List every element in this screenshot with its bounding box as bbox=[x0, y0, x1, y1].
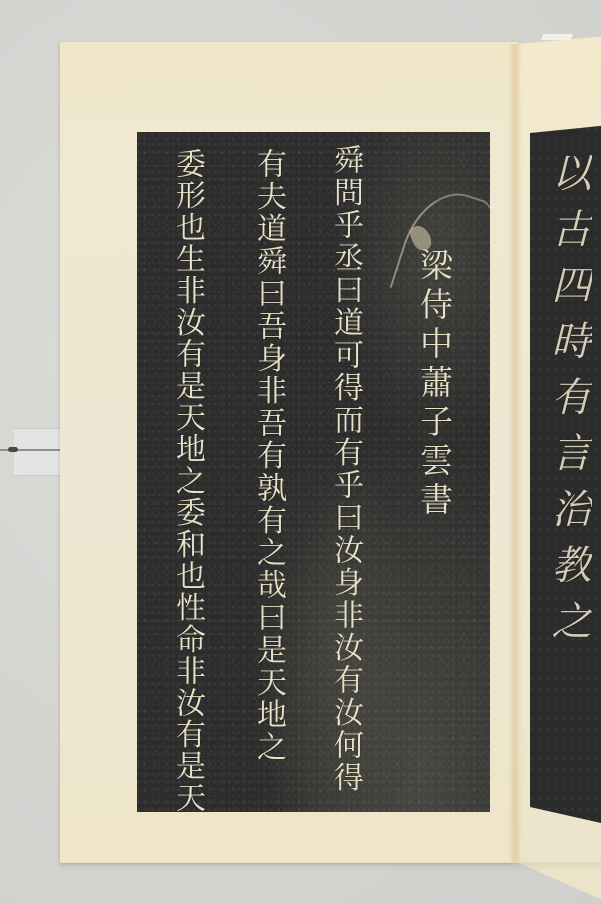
calligraphy-title-column: 梁侍中蕭子雲書 bbox=[418, 248, 451, 521]
tab-knot bbox=[8, 447, 18, 452]
page-corner-tab bbox=[541, 34, 573, 40]
calligraphy-column-2: 有夫道舜曰吾身非吾有孰有之哉曰是天地之 bbox=[253, 148, 283, 764]
cursive-calligraphy-column: 以古四時有言治教之 bbox=[548, 152, 588, 656]
page-shadow bbox=[60, 862, 601, 872]
bookmark-tab bbox=[14, 428, 62, 476]
calligraphy-column-1: 舜問乎丞曰道可得而有乎曰汝身非汝有汝何得 bbox=[330, 144, 360, 794]
calligraphy-column-3: 委形也生非汝有是天地之委和也性命非汝有是天 bbox=[172, 148, 202, 814]
page-gutter bbox=[508, 44, 522, 862]
